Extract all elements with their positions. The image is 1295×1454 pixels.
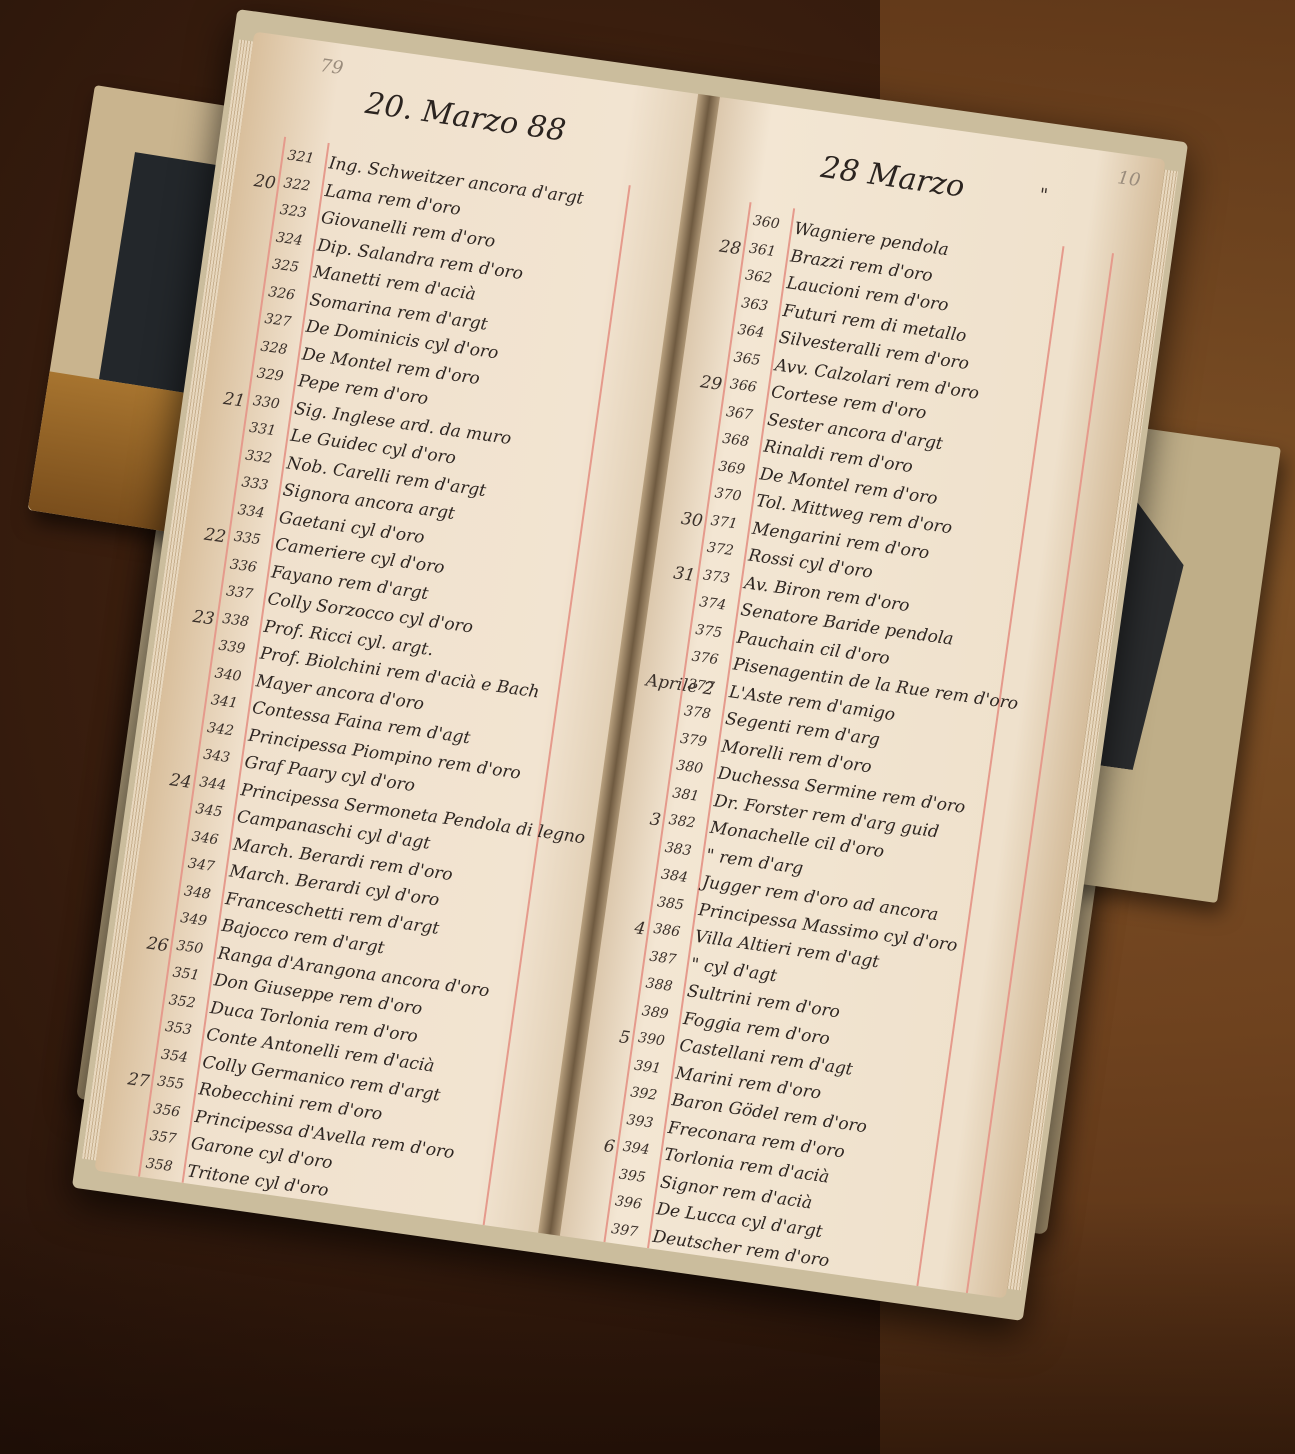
entry-day: 6 [580, 1133, 616, 1158]
date-heading: 28 Marzo [819, 150, 967, 205]
date-heading: 20. Marzo 88 [363, 86, 568, 149]
page-number: 79 [319, 55, 345, 79]
entry-number: 360 [752, 213, 794, 234]
entry-day: 26 [133, 931, 169, 956]
entry-day: 20 [241, 169, 277, 194]
entry-day: 22 [191, 523, 227, 548]
page-number: 10 [1116, 167, 1142, 191]
entry-day: 31 [660, 561, 696, 586]
entry-day: 3 [626, 806, 662, 831]
entry-day [713, 207, 747, 212]
entry-day: 24 [156, 768, 192, 793]
entry-day: Aprile 2 [645, 670, 681, 695]
entry-day: 5 [595, 1024, 631, 1049]
open-ledger: 79 20. Marzo 88 321Ing. Schweitzer ancor… [72, 9, 1188, 1321]
entry-day: 30 [668, 507, 704, 532]
entry-day: 27 [114, 1068, 150, 1093]
heading-mark: " [1038, 185, 1049, 207]
entry-day: 29 [687, 370, 723, 395]
entry-day: 23 [179, 605, 215, 630]
entry-day: 28 [706, 234, 742, 259]
entry-day: 4 [610, 915, 646, 940]
entry-day: 21 [210, 387, 246, 412]
entry-day [247, 142, 281, 147]
entry-number: 321 [286, 147, 328, 168]
